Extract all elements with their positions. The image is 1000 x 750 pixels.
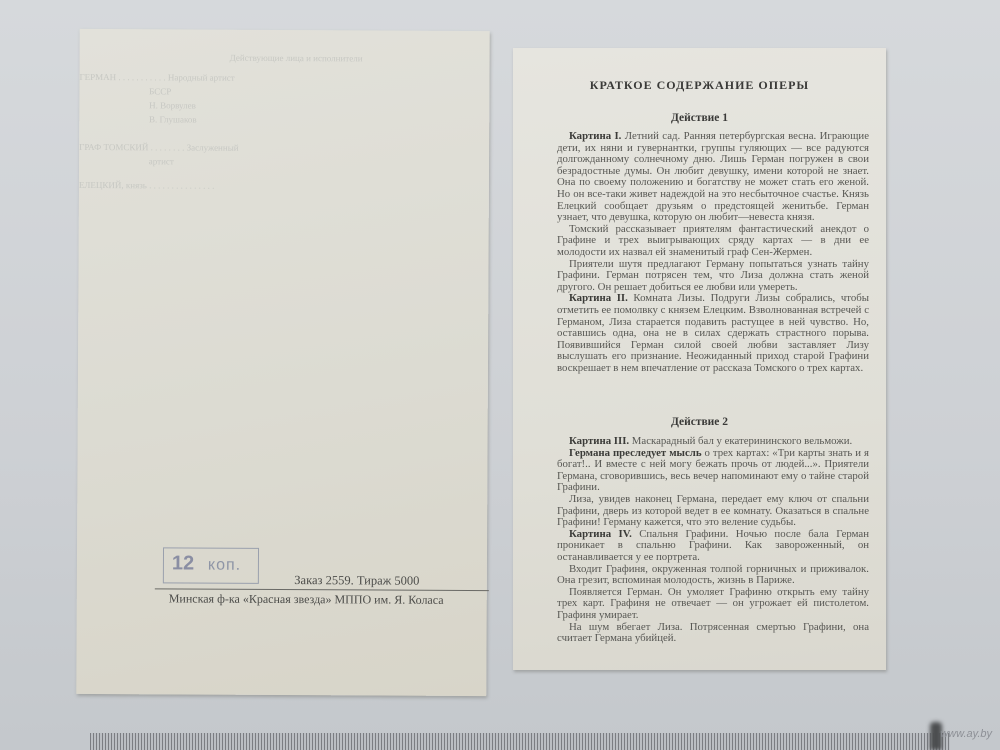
paragraph: Картина II. Комната Лизы. Подруги Лизы с… [557,293,869,374]
right-page: КРАТКОЕ СОДЕРЖАНИЕ ОПЕРЫ Действие 1 Карт… [513,48,886,670]
act-title: Действие 1 [513,112,886,124]
paragraph: Германа преследует мысль о трех картах: … [557,448,869,494]
paragraph: Томский рассказывает приятелям фантастич… [557,224,869,259]
ruler [90,733,950,750]
imprint-order-print-run: Заказ 2559. Тираж 5000 [77,572,487,589]
act-1-text: Картина I. Летний сад. Ранняя петербургс… [557,131,869,374]
paragraph: Появляется Герман. Он умоляет Графиню от… [557,587,869,622]
ghost-text-line: ЕЛЕЦКИЙ, князь . . . . . . . . . . . . .… [79,179,215,192]
paragraph: Картина I. Летний сад. Ранняя петербургс… [557,131,869,224]
ghost-text-line: ГЕРМАН . . . . . . . . . . . Народный ар… [79,71,234,84]
paragraph: Лиза, увидев наконец Германа, передает е… [557,494,869,529]
scene-lead: Германа преследует мысль [569,447,702,459]
ghost-text-line: Н. Ворвулев [79,99,196,112]
imprint-printer: Минская ф-ка «Красная звезда» МППО им. Я… [169,591,444,607]
ghost-text-line: В. Глушаков [79,113,196,126]
act-title: Действие 2 [513,416,886,428]
scene-lead: Картина II. [569,292,628,304]
page-title: КРАТКОЕ СОДЕРЖАНИЕ ОПЕРЫ [513,78,886,93]
watermark: www.ay.by [940,728,992,740]
paragraph: Картина IV. Спальня Графини. Ночью после… [557,529,869,564]
ghost-text-line: БССР [79,85,171,97]
ghost-text-line: артист [79,155,174,167]
paragraph: Приятели шутя предлагают Герману попытат… [557,259,869,294]
scene-lead: Картина IV. [569,528,632,540]
scene-lead: Картина III. [569,435,629,447]
paragraph: Входит Графиня, окруженная толпой горнич… [557,564,869,587]
scene-lead: Картина I. [569,130,621,142]
paragraph: На шум вбегает Лиза. Потрясенная смертью… [557,622,869,645]
ghost-text-line: ГРАФ ТОМСКИЙ . . . . . . . . Заслуженный [79,141,239,154]
act-2-text: Картина III. Маскарадный бал у екатерини… [557,436,869,645]
ghost-text-line: Действующие лица и исполнители [230,52,363,65]
left-page: Действующие лица и исполнители ГЕРМАН . … [76,29,489,696]
